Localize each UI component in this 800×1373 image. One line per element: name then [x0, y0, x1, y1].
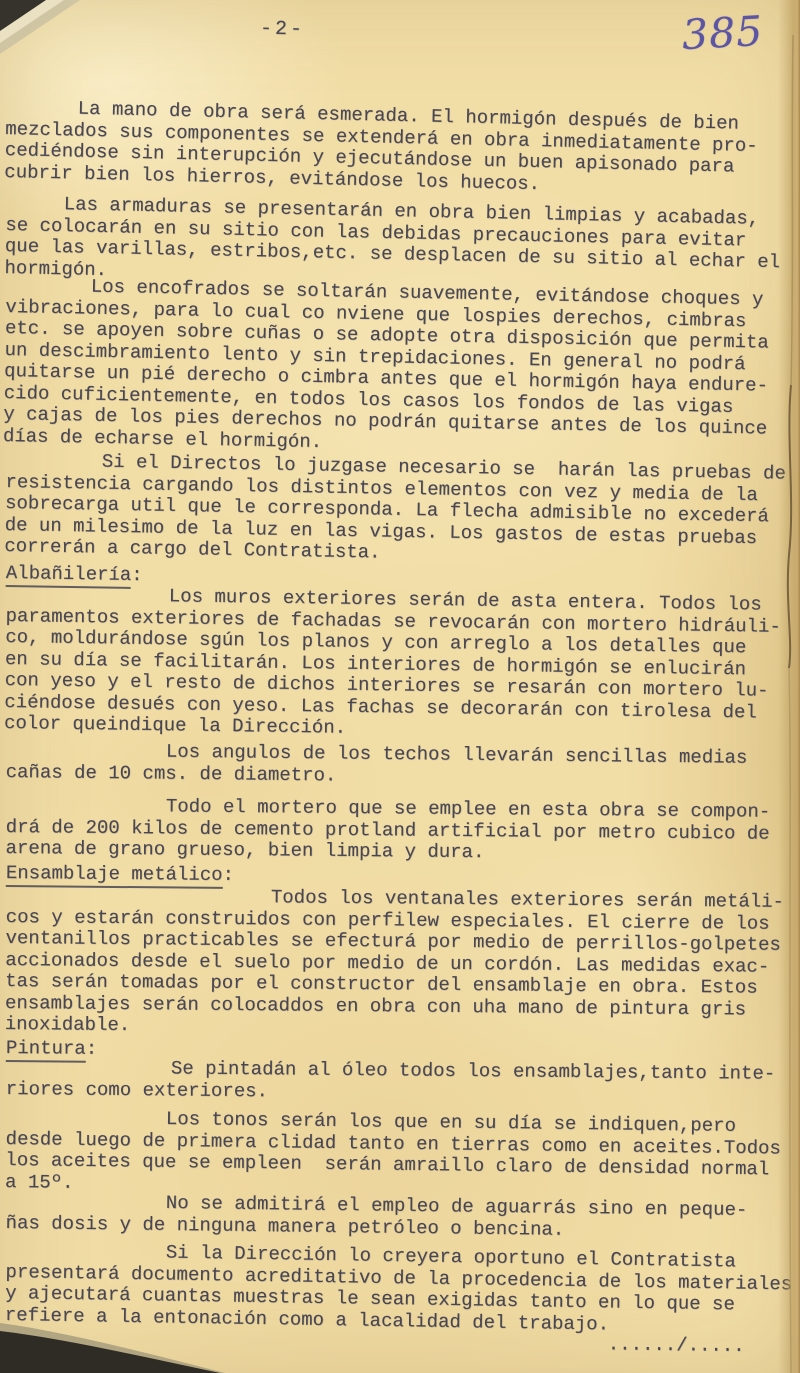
text-line: ....../.....: [608, 1334, 800, 1358]
paragraph: No se admitirá el empleo de aguarrás sin…: [5, 1191, 800, 1244]
paragraph: La mano de obra será esmerada. El hormig…: [4, 97, 800, 201]
section-heading-colon: :: [131, 564, 143, 586]
paragraph: Los angulos de los techos llevarán senci…: [6, 740, 800, 791]
paragraph: Se pintadán al óleo todos los ensamblaje…: [6, 1057, 800, 1107]
section-heading-colon: :: [86, 1038, 98, 1060]
section-heading-colon: :: [222, 864, 234, 886]
paragraph: Todo el mortero que se emplee en esta ob…: [5, 795, 800, 866]
document-page: -2- 385 La mano de obra será esmerada. E…: [0, 0, 800, 1373]
page-number: -2-: [260, 18, 305, 42]
paragraph: Los encofrados se soltarán suavemente, e…: [3, 275, 800, 462]
paragraph: Los muros exteriores serán de asta enter…: [4, 584, 800, 746]
typed-text-body: La mano de obra será esmerada. El hormig…: [6, 95, 800, 1373]
paragraph: Si el Directos lo juzgase necesario se h…: [4, 450, 800, 571]
scan-corner-top-left: [0, 0, 110, 80]
paragraph: Los tonos serán los que en su día se ind…: [5, 1107, 800, 1203]
paragraph: Todos los ventanales exteriores serán me…: [5, 885, 800, 1042]
folio-handwritten-number: 385: [681, 8, 765, 58]
paragraph: Si la Dirección lo creyera oportuno el C…: [5, 1240, 800, 1339]
